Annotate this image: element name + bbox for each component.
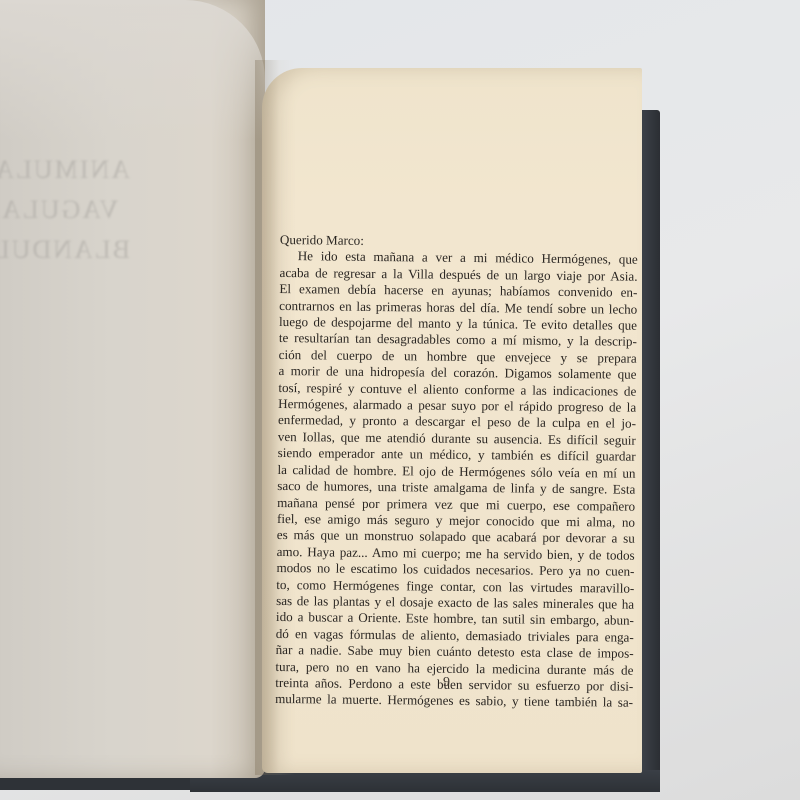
left-page: ANIMULA VAGULA BLANDULA: [0, 0, 265, 778]
page-number: 9: [443, 675, 450, 691]
bleed-line: ANIMULA: [0, 150, 130, 190]
bleed-line: VAGULA: [0, 190, 130, 230]
bleed-line: BLANDULA: [0, 230, 130, 270]
letter-body: Querido Marco: He ido esta mañana a ver …: [275, 232, 638, 712]
bleed-through-text: ANIMULA VAGULA BLANDULA: [0, 150, 130, 270]
